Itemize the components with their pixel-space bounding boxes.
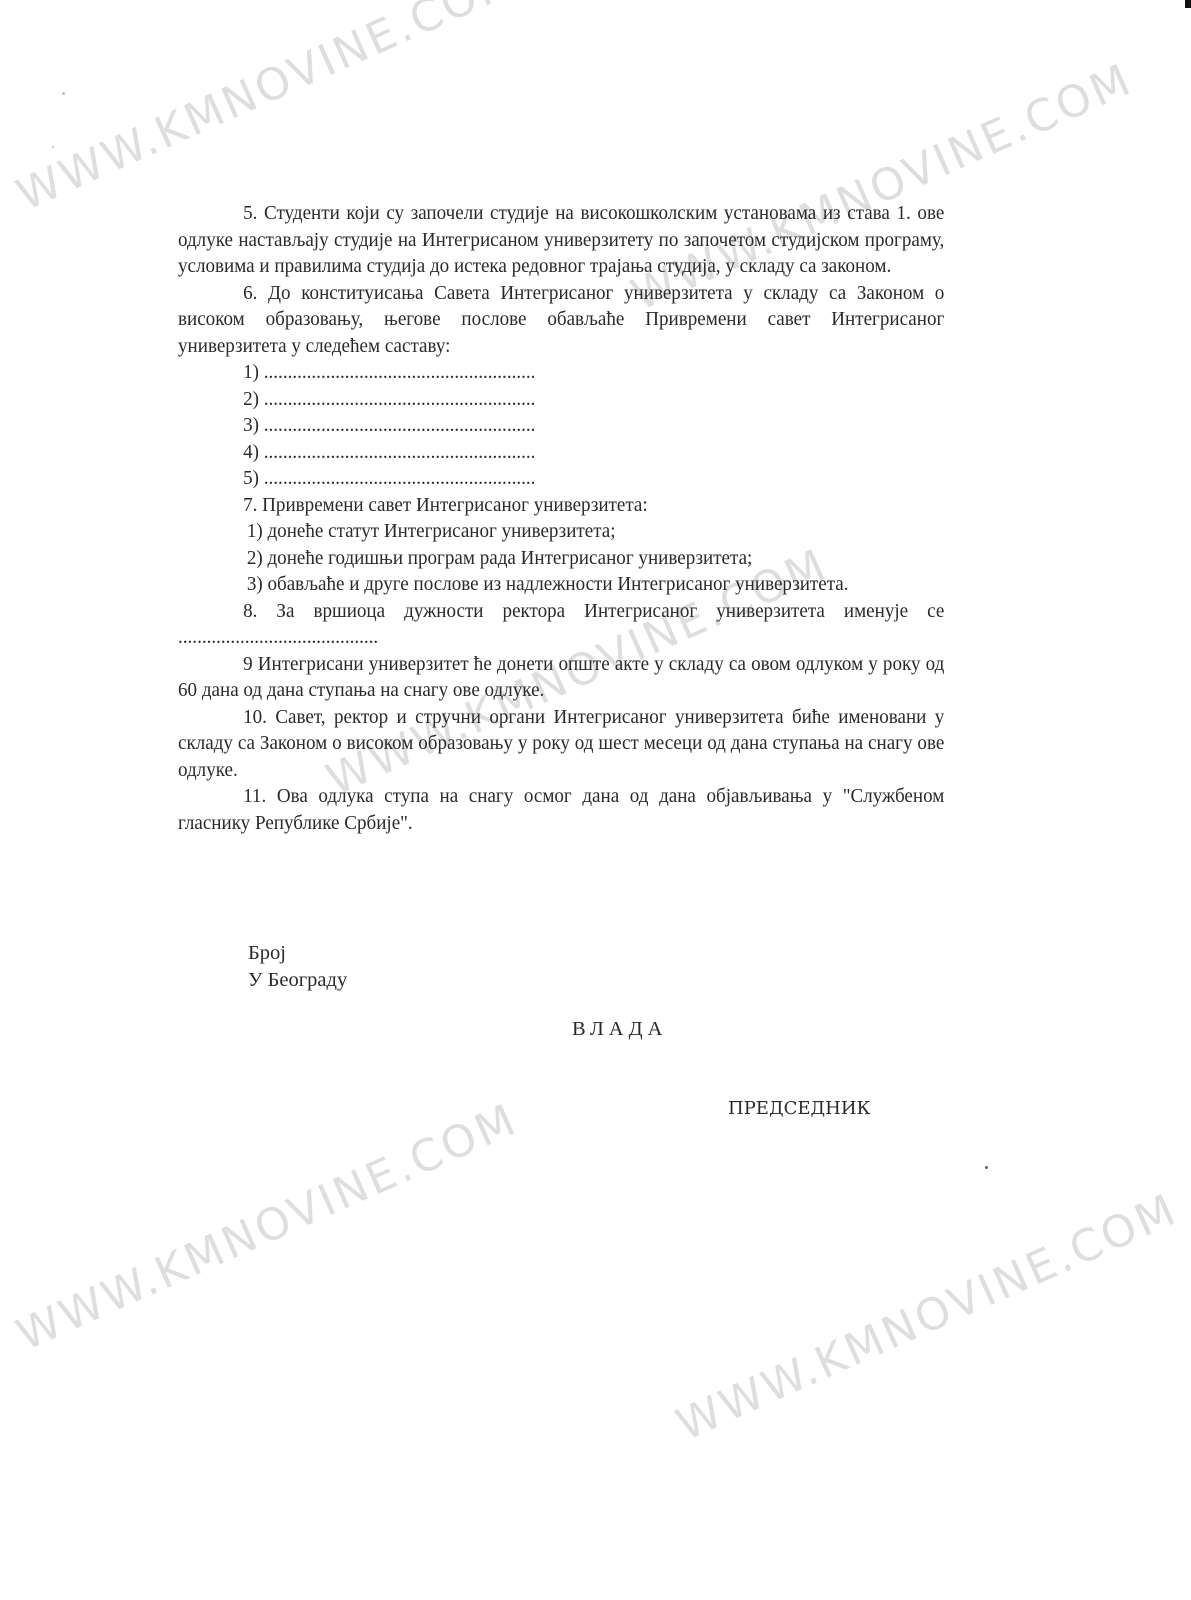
government-heading: ВЛАДА xyxy=(572,1016,667,1043)
document-body: 5. Студенти који су започели студије на … xyxy=(178,200,944,836)
scan-corner-mark xyxy=(1185,0,1191,8)
council-member-1: 1) .....................................… xyxy=(178,359,944,386)
item-7-subitem-1: 1) донеће статут Интегрисаног универзите… xyxy=(178,518,944,545)
paragraph-item-7: 7. Привремени савет Интегрисаног универз… xyxy=(178,492,944,519)
number-label: Број xyxy=(248,940,347,967)
item-8-blank: ........................................… xyxy=(178,624,944,651)
reference-block: Број У Београду xyxy=(248,940,347,994)
watermark: WWW.KMNOVINE.COM xyxy=(9,1094,525,1361)
president-title: ПРЕДСЕДНИК xyxy=(728,1095,870,1122)
paragraph-item-5: 5. Студенти који су започели студије на … xyxy=(178,200,944,280)
council-member-2: 2) .....................................… xyxy=(178,386,944,413)
item-7-subitem-2: 2) донеће годишњи програм рада Интегриса… xyxy=(178,545,944,572)
paragraph-item-8: 8. За вршиоца дужности ректора Интегриса… xyxy=(178,598,944,625)
watermark: WWW.KMNOVINE.COM xyxy=(669,1184,1185,1451)
scan-speck xyxy=(52,146,54,148)
watermark: WWW.KMNOVINE.COM xyxy=(9,0,525,221)
council-member-5: 5) .....................................… xyxy=(178,465,944,492)
paragraph-item-6: 6. До конституисања Савета Интегрисаног … xyxy=(178,280,944,360)
paragraph-item-9: 9 Интегрисани универзитет ће донети општ… xyxy=(178,651,944,704)
council-member-3: 3) .....................................… xyxy=(178,412,944,439)
council-member-4: 4) .....................................… xyxy=(178,439,944,466)
place-label: У Београду xyxy=(248,967,347,994)
paragraph-item-10: 10. Савет, ректор и стручни органи Интег… xyxy=(178,704,944,784)
scan-speck xyxy=(62,92,65,95)
scan-speck xyxy=(985,1166,988,1169)
item-7-subitem-3: 3) обављаће и друге послове из надлежнос… xyxy=(178,571,944,598)
paragraph-item-11: 11. Ова одлука ступа на снагу осмог дана… xyxy=(178,783,944,836)
